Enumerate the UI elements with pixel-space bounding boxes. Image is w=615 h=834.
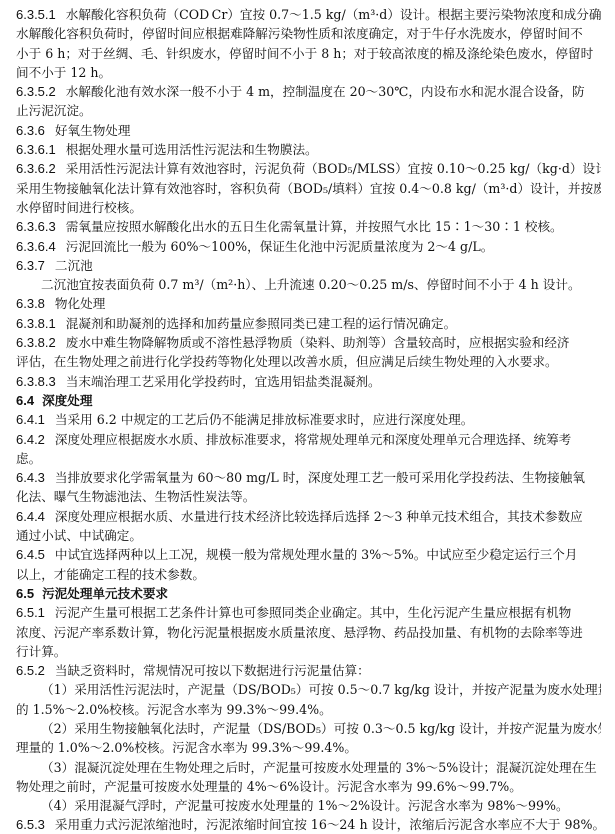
clause-6-3-6-1: 6.3.6.1根据处理水量可选用活性污泥法和生物膜法。 (16, 140, 601, 159)
clause-text: 污泥产生量可根据工艺条件计算也可参照同类企业确定。其中，生化污泥产生量应根据有机… (55, 605, 571, 620)
clause-number: 6.4 (16, 393, 34, 408)
clause-number: 6.3.5.1 (16, 7, 56, 22)
clause-number: 6.3.8.3 (16, 374, 56, 389)
text-line: 以上，才能确定工程的技术参数。 (16, 565, 601, 584)
clause-6-3-6-4: 6.3.6.4污泥回流比一般为 60%～100%，保证生化池中污泥质量浓度为 2… (16, 237, 601, 256)
clause-text: 二沉池宜按表面负荷 0.7 m³/（m²·h）、上升流速 0.20～0.25 m… (41, 277, 581, 292)
clause-text: 深度处理 (42, 393, 92, 408)
clause-6-3-6-2: 6.3.6.2采用活性污泥法计算有效池容时，污泥负荷（BOD₅/MLSS）宜按 … (16, 159, 601, 178)
clause-number: 6.5.1 (16, 605, 45, 620)
text-line: 水解酸化容积负荷时，停留时间应根据难降解污染物性质和浓度确定，对于牛仔水洗废水，… (16, 24, 601, 43)
clause-number: 6.3.6.4 (16, 239, 56, 254)
clause-text: （2）采用生物接触氧化法时，产泥量（DS/BOD₅）可按 0.3～0.5 kg/… (41, 721, 601, 736)
clause-text: 中试宜选择两种以上工况，规模一般为常规处理水量的 3%～5%。中试应至少稳定运行… (55, 547, 578, 562)
text-line: 理量的 1.0%～2.0%校核。污泥含水率为 99.3%～99.4%。 (16, 738, 601, 757)
clause-text: （3）混凝沉淀处理在生物处理之后时，产泥量可按废水处理量的 3%～5%设计；混凝… (41, 760, 597, 775)
clause-number: 6.5.2 (16, 663, 45, 678)
clause-text: 理量的 1.0%～2.0%校核。污泥含水率为 99.3%～99.4%。 (16, 740, 357, 755)
text-line: （3）混凝沉淀处理在生物处理之后时，产泥量可按废水处理量的 3%～5%设计；混凝… (16, 758, 601, 777)
clause-text: 废水中难生物降解物质或不溶性悬浮物质（染料、助剂等）含量较高时，应根据实验和经济 (66, 335, 570, 350)
clause-6-4-4: 6.4.4深度处理应根据水质、水量进行技术经济比较选择后选择 2～3 种单元技术… (16, 507, 601, 526)
clause-text: 采用重力式污泥浓缩池时，污泥浓缩时间宜按 16～24 h 设计，浓缩后污泥含水率… (55, 817, 601, 832)
clause-6-4-3: 6.4.3当排放要求化学需氧量为 60～80 mg/L 时，深度处理工艺一般可采… (16, 468, 601, 487)
clause-text: 水解酸化容积负荷（COD Cr）宜按 0.7～1.5 kg/（m³·d）设计。根… (66, 7, 601, 22)
clause-number: 6.5 (16, 586, 34, 601)
text-line: 评估，在生物处理之前进行化学投药等物化处理以改善水质，但应满足后续生物处理的入水… (16, 352, 601, 371)
text-line: 行计算。 (16, 642, 601, 661)
clause-number: 6.3.5.2 (16, 84, 56, 99)
document-page: 6.3.5.1水解酸化容积负荷（COD Cr）宜按 0.7～1.5 kg/（m³… (0, 0, 615, 834)
text-line: （4）采用混凝气浮时，产泥量可按废水处理量的 1%～2%设计。污泥含水率为 98… (16, 796, 601, 815)
clause-number: 6.3.6 (16, 123, 45, 138)
clause-text: 当缺乏资料时，常规情况可按以下数据进行污泥量估算： (55, 663, 370, 678)
clause-text: 通过小试、中试确定。 (16, 528, 142, 543)
clause-number: 6.4.1 (16, 412, 45, 427)
clause-number: 6.3.6.1 (16, 142, 56, 157)
clause-6-3-6: 6.3.6好氧生物处理 (16, 121, 601, 140)
clause-text: （4）采用混凝气浮时，产泥量可按废水处理量的 1%～2%设计。污泥含水率为 98… (41, 798, 569, 813)
clause-number: 6.4.3 (16, 470, 45, 485)
text-line: 虑。 (16, 449, 601, 468)
clause-text: 深度处理应根据废水水质、排放标准要求，将常规处理单元和深度处理单元合理选择、统筹… (55, 432, 571, 447)
clause-6-3-7: 6.3.7二沉池 (16, 256, 601, 275)
clause-number: 6.5.3 (16, 817, 45, 832)
clause-6-5: 6.5污泥处理单元技术要求 (16, 584, 601, 603)
clause-6-3-8-1: 6.3.8.1混凝剂和助凝剂的选择和加药量应参照同类已建工程的运行情况确定。 (16, 314, 601, 333)
clause-6-4-2: 6.4.2深度处理应根据废水水质、排放标准要求，将常规处理单元和深度处理单元合理… (16, 430, 601, 449)
clause-number: 6.3.6.3 (16, 219, 56, 234)
clause-text: 间不小于 12 h。 (16, 65, 111, 80)
clause-number: 6.3.8.1 (16, 316, 56, 331)
clause-6-3-5-2: 6.3.5.2水解酸化池有效水深一般不小于 4 m，控制温度在 20～30℃，内… (16, 82, 601, 101)
clause-text: 水停留时间进行校核。 (16, 200, 142, 215)
text-line: 小于 6 h；对于丝绸、毛、针织废水，停留时间不小于 8 h；对于较高浓度的棉及… (16, 44, 601, 63)
clause-text: 当末端治理工艺采用化学投药时，宜选用铝盐类混凝剂。 (66, 374, 381, 389)
clause-text: 深度处理应根据水质、水量进行技术经济比较选择后选择 2～3 种单元技术组合，其技… (55, 509, 583, 524)
clause-text: 化法、曝气生物滤池法、生物活性炭法等。 (16, 489, 255, 504)
clause-number: 6.4.4 (16, 509, 45, 524)
clause-number: 6.3.8 (16, 296, 45, 311)
clause-6-3-8-3: 6.3.8.3当末端治理工艺采用化学投药时，宜选用铝盐类混凝剂。 (16, 372, 601, 391)
clause-6-5-1: 6.5.1污泥产生量可根据工艺条件计算也可参照同类企业确定。其中，生化污泥产生量… (16, 603, 601, 622)
clause-text: 评估，在生物处理之前进行化学投药等物化处理以改善水质，但应满足后续生物处理的入水… (16, 354, 558, 369)
text-line: 物处理之前时，产泥量可按废水处理量的 4%～6%设计。污泥含水率为 99.6%～… (16, 777, 601, 796)
text-line: 化法、曝气生物滤池法、生物活性炭法等。 (16, 487, 601, 506)
clause-6-4: 6.4深度处理 (16, 391, 601, 410)
clause-text: 采用生物接触氧化法计算有效池容时，容积负荷（BOD₅/填料）宜按 0.4～0.8… (16, 181, 601, 196)
text-line: 水停留时间进行校核。 (16, 198, 601, 217)
clause-text: 混凝剂和助凝剂的选择和加药量应参照同类已建工程的运行情况确定。 (66, 316, 456, 331)
text-line: （2）采用生物接触氧化法时，产泥量（DS/BOD₅）可按 0.3～0.5 kg/… (16, 719, 601, 738)
text-line: 的 1.5%～2.0%校核。污泥含水率为 99.3%～99.4%。 (16, 700, 601, 719)
text-line: 通过小试、中试确定。 (16, 526, 601, 545)
clause-text: 物化处理 (55, 296, 105, 311)
clause-6-5-3: 6.5.3采用重力式污泥浓缩池时，污泥浓缩时间宜按 16～24 h 设计，浓缩后… (16, 815, 601, 834)
clause-text: 根据处理水量可选用活性污泥法和生物膜法。 (66, 142, 318, 157)
text-line: 止污泥沉淀。 (16, 101, 601, 120)
clause-text: 好氧生物处理 (55, 123, 131, 138)
clause-text: 浓度、污泥产率系数计算，物化污泥量根据废水质量浓度、悬浮物、药品投加量、有机物的… (16, 625, 583, 640)
clause-number: 6.3.6.2 (16, 161, 56, 176)
text-line: 间不小于 12 h。 (16, 63, 601, 82)
clause-text: 物处理之前时，产泥量可按废水处理量的 4%～6%设计。污泥含水率为 99.6%～… (16, 779, 522, 794)
clause-text: 污泥回流比一般为 60%～100%，保证生化池中污泥质量浓度为 2～4 g/L。 (66, 239, 494, 254)
clause-text: 需氧量应按照水解酸化出水的五日生化需氧量计算，并按照气水比 15∶1～30∶1 … (66, 219, 563, 234)
text-line: （1）采用活性污泥法时，产泥量（DS/BOD₅）可按 0.5～0.7 kg/kg… (16, 680, 601, 699)
clause-number: 6.3.7 (16, 258, 45, 273)
clause-text: 水解酸化容积负荷时，停留时间应根据难降解污染物性质和浓度确定，对于牛仔水洗废水，… (16, 26, 583, 41)
clause-6-4-5: 6.4.5中试宜选择两种以上工况，规模一般为常规处理水量的 3%～5%。中试应至… (16, 545, 601, 564)
clause-text: 小于 6 h；对于丝绸、毛、针织废水，停留时间不小于 8 h；对于较高浓度的棉及… (16, 46, 593, 61)
clause-6-4-1: 6.4.1当采用 6.2 中规定的工艺后仍不能满足排放标准要求时，应进行深度处理… (16, 410, 601, 429)
text-line: 二沉池宜按表面负荷 0.7 m³/（m²·h）、上升流速 0.20～0.25 m… (16, 275, 601, 294)
clause-text: 采用活性污泥法计算有效池容时，污泥负荷（BOD₅/MLSS）宜按 0.10～0.… (66, 161, 601, 176)
clause-number: 6.4.2 (16, 432, 45, 447)
clause-6-3-6-3: 6.3.6.3需氧量应按照水解酸化出水的五日生化需氧量计算，并按照气水比 15∶… (16, 217, 601, 236)
clause-text: 污泥处理单元技术要求 (42, 586, 168, 601)
clause-6-3-5-1: 6.3.5.1水解酸化容积负荷（COD Cr）宜按 0.7～1.5 kg/（m³… (16, 5, 601, 24)
clause-number: 6.4.5 (16, 547, 45, 562)
clause-text: 水解酸化池有效水深一般不小于 4 m，控制温度在 20～30℃，内设布水和泥水混… (66, 84, 585, 99)
text-line: 浓度、污泥产率系数计算，物化污泥量根据废水质量浓度、悬浮物、药品投加量、有机物的… (16, 623, 601, 642)
clause-text: 虑。 (16, 451, 41, 466)
clause-text: 当排放要求化学需氧量为 60～80 mg/L 时，深度处理工艺一般可采用化学投药… (55, 470, 585, 485)
clause-text: 以上，才能确定工程的技术参数。 (16, 567, 205, 582)
clause-text: 行计算。 (16, 644, 66, 659)
clause-6-3-8-2: 6.3.8.2废水中难生物降解物质或不溶性悬浮物质（染料、助剂等）含量较高时，应… (16, 333, 601, 352)
clause-text: 当采用 6.2 中规定的工艺后仍不能满足排放标准要求时，应进行深度处理。 (55, 412, 473, 427)
text-line: 采用生物接触氧化法计算有效池容时，容积负荷（BOD₅/填料）宜按 0.4～0.8… (16, 179, 601, 198)
clause-text: （1）采用活性污泥法时，产泥量（DS/BOD₅）可按 0.5～0.7 kg/kg… (41, 682, 601, 697)
clause-text: 二沉池 (55, 258, 93, 273)
clause-number: 6.3.8.2 (16, 335, 56, 350)
clause-text: 止污泥沉淀。 (16, 103, 92, 118)
clause-6-3-8: 6.3.8物化处理 (16, 294, 601, 313)
clause-6-5-2: 6.5.2当缺乏资料时，常规情况可按以下数据进行污泥量估算： (16, 661, 601, 680)
clause-text: 的 1.5%～2.0%校核。污泥含水率为 99.3%～99.4%。 (16, 702, 332, 717)
